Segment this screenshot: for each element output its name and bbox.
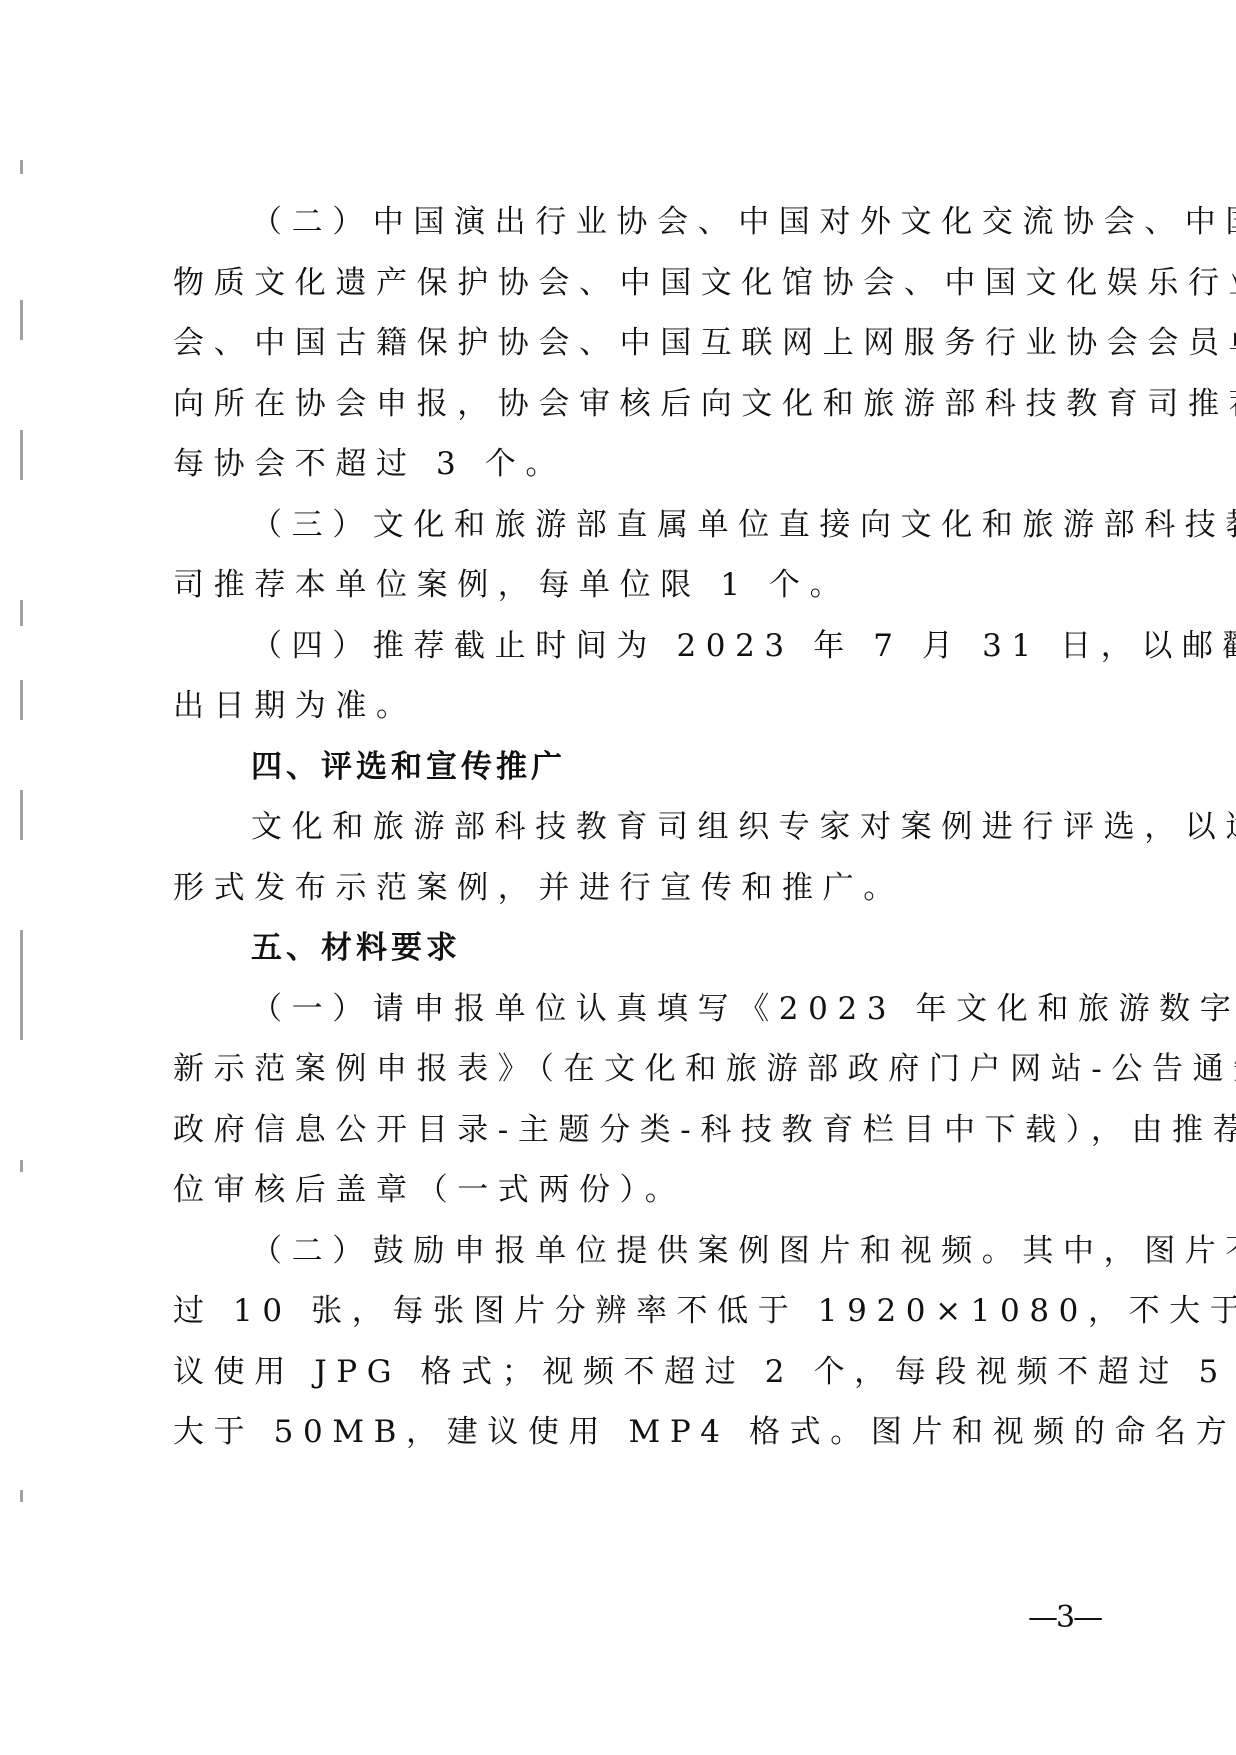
text-line: 物质文化遗产保护协会、中国文化馆协会、中国文化娱乐行业协 [173,253,1088,314]
text-line: （一）请申报单位认真填写《2023 年文化和旅游数字化创 [173,979,1088,1040]
scan-artifact [20,790,23,840]
text-line: 大于 50MB，建议使用 MP4 格式。图片和视频的命名方式为“编 [173,1402,1088,1463]
scan-artifact [20,930,23,1040]
text-line: 向所在协会申报，协会审核后向文化和旅游部科技教育司推荐， [173,374,1088,435]
text-line: （三）文化和旅游部直属单位直接向文化和旅游部科技教育 [173,495,1088,556]
text-line: 会、中国古籍保护协会、中国互联网上网服务行业协会会员单位 [173,313,1088,374]
text-line: 司推荐本单位案例，每单位限 1 个。 [173,555,1088,616]
scan-artifact [20,430,23,480]
scan-artifact [20,680,23,720]
section-heading: 五、材料要求 [173,918,1088,979]
scan-artifact [20,1160,23,1172]
scan-artifact [20,1490,23,1502]
scan-artifact [20,300,23,340]
text-line: 政府信息公开目录-主题分类-科技教育栏目中下载），由推荐单 [173,1100,1088,1161]
text-line: 文化和旅游部科技教育司组织专家对案例进行评选，以适当 [173,797,1088,858]
text-line: （二）中国演出行业协会、中国对外文化交流协会、中国非 [173,192,1088,253]
text-line: 每协会不超过 3 个。 [173,434,1088,495]
text-line: 出日期为准。 [173,676,1088,737]
text-line: 议使用 JPG 格式；视频不超过 2 个，每段视频不超过 5 分钟，不 [173,1342,1088,1403]
page-number: —3— [1028,1600,1101,1635]
document-page: （二）中国演出行业协会、中国对外文化交流协会、中国非物质文化遗产保护协会、中国文… [0,0,1236,1755]
text-line: （四）推荐截止时间为 2023 年 7 月 31 日，以邮戳或快递发 [173,616,1088,677]
text-line: （二）鼓励申报单位提供案例图片和视频。其中，图片不超 [173,1221,1088,1282]
scan-artifact [20,600,23,626]
text-line: 新示范案例申报表》（在文化和旅游部政府门户网站-公告通知- [173,1039,1088,1100]
text-line: 位审核后盖章（一式两份）。 [173,1160,1088,1221]
text-line: 形式发布示范案例，并进行宣传和推广。 [173,858,1088,919]
text-line: 过 10 张，每张图片分辨率不低于 1920×1080，不大于 2MB，建 [173,1281,1088,1342]
section-heading: 四、评选和宣传推广 [173,737,1088,798]
scan-artifact [20,160,23,174]
document-body: （二）中国演出行业协会、中国对外文化交流协会、中国非物质文化遗产保护协会、中国文… [173,192,1093,1463]
